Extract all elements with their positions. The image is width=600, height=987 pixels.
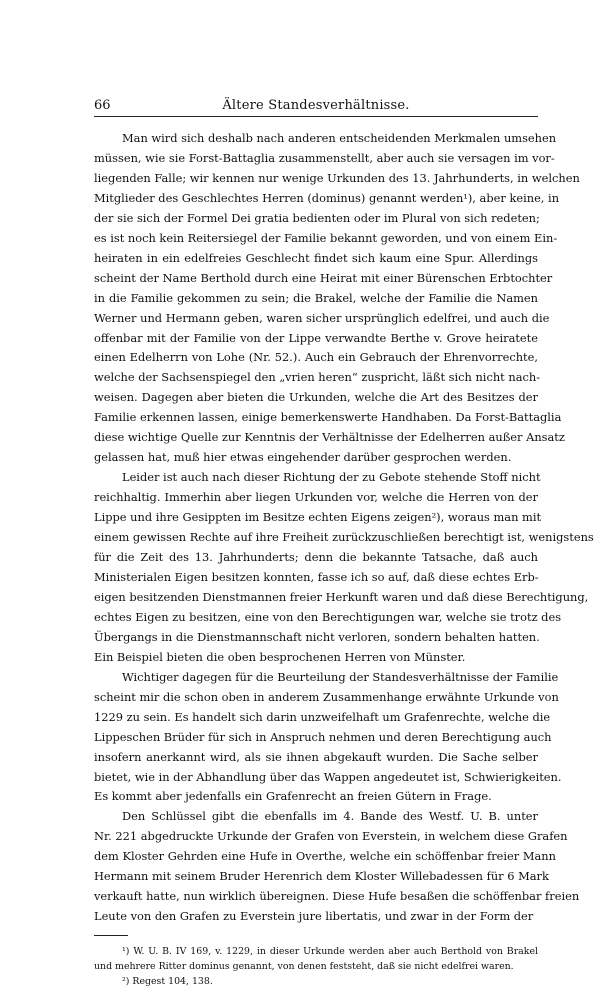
text-line: Nr. 221 abgedruckte Urkunde der Grafen v… <box>94 827 538 847</box>
text-line: welche der Sachsenspiegel den „vrien her… <box>94 368 538 388</box>
text-line: Es kommt aber jedenfalls ein Grafenrecht… <box>94 787 538 807</box>
text-line: Wichtiger dagegen für die Beurteilung de… <box>94 668 538 688</box>
text-line: Werner und Hermann geben, waren sicher u… <box>94 309 538 329</box>
text-line: dem Kloster Gehrden eine Hufe in Overthe… <box>94 847 538 867</box>
paragraph: Den Schlüssel gibt die ebenfalls im 4. B… <box>94 807 538 927</box>
text-line: weisen. Dagegen aber bieten die Urkunden… <box>94 388 538 408</box>
text-line: Leute von den Grafen zu Everstein jure l… <box>94 907 538 927</box>
text-line: der sie sich der Formel Dei gratia bedie… <box>94 209 538 229</box>
text-line: liegenden Falle; wir kennen nur wenige U… <box>94 169 538 189</box>
text-line: Leider ist auch nach dieser Richtung der… <box>94 468 538 488</box>
text-line: Hermann mit seinem Bruder Herenrich dem … <box>94 867 538 887</box>
paragraph: Wichtiger dagegen für die Beurteilung de… <box>94 668 538 808</box>
text-line: Lippeschen Brüder für sich in Anspruch n… <box>94 728 538 748</box>
text-line: scheint mir die schon oben in anderem Zu… <box>94 688 538 708</box>
text-line: in die Familie gekommen zu sein; die Bra… <box>94 289 538 309</box>
footnotes: ¹) W. U. B. IV 169, v. 1229, in dieser U… <box>94 944 538 987</box>
text-line: Ein Beispiel bieten die oben besprochene… <box>94 648 538 668</box>
text-line: Übergangs in die Dienstmannschaft nicht … <box>94 628 538 648</box>
text-line: müssen, wie sie Forst-Battaglia zusammen… <box>94 149 538 169</box>
text-line: Man wird sich deshalb nach anderen entsc… <box>94 129 538 149</box>
text-line: echtes Eigen zu besitzen, eine von den B… <box>94 608 538 628</box>
footnote-rule <box>94 935 128 936</box>
footnote: ²) Regest 104, 138. <box>94 974 538 987</box>
running-header: 66 Ältere Standesverhältnisse. <box>94 98 538 117</box>
body-text: Man wird sich deshalb nach anderen entsc… <box>94 129 538 927</box>
text-line: Familie erkennen lassen, einige bemerken… <box>94 408 538 428</box>
footnote-line: ¹) W. U. B. IV 169, v. 1229, in dieser U… <box>94 944 538 959</box>
text-line: für die Zeit des 13. Jahrhunderts; denn … <box>94 548 538 568</box>
text-line: eigen besitzenden Dienstmannen freier He… <box>94 588 538 608</box>
text-line: Den Schlüssel gibt die ebenfalls im 4. B… <box>94 807 538 827</box>
text-line: bietet, wie in der Abhandlung über das W… <box>94 768 538 788</box>
text-line: verkauft hatte, nun wirklich übereignen.… <box>94 887 538 907</box>
text-line: scheint der Name Berthold durch eine Hei… <box>94 269 538 289</box>
text-line: einen Edelherrn von Lohe (Nr. 52.). Auch… <box>94 348 538 368</box>
paragraph: Man wird sich deshalb nach anderen entsc… <box>94 129 538 468</box>
footnote: ¹) W. U. B. IV 169, v. 1229, in dieser U… <box>94 944 538 974</box>
text-line: gelassen hat, muß hier etwas eingehender… <box>94 448 538 468</box>
footnote-line: ²) Regest 104, 138. <box>94 974 538 987</box>
text-line: Mitglieder des Geschlechtes Herren (domi… <box>94 189 538 209</box>
text-line: offenbar mit der Familie von der Lippe v… <box>94 329 538 349</box>
text-line: diese wichtige Quelle zur Kenntnis der V… <box>94 428 538 448</box>
footnote-line: und mehrere Ritter dominus genannt, von … <box>94 959 538 974</box>
text-line: insofern anerkannt wird, als sie ihnen a… <box>94 748 538 768</box>
text-line: reichhaltig. Immerhin aber liegen Urkund… <box>94 488 538 508</box>
text-line: Lippe und ihre Gesippten im Besitze echt… <box>94 508 538 528</box>
book-page: 66 Ältere Standesverhältnisse. Man wird … <box>94 98 538 987</box>
text-line: es ist noch kein Reitersiegel der Famili… <box>94 229 538 249</box>
text-line: Ministerialen Eigen besitzen konnten, fa… <box>94 568 538 588</box>
text-line: 1229 zu sein. Es handelt sich darin unzw… <box>94 708 538 728</box>
running-title: Ältere Standesverhältnisse. <box>94 98 538 113</box>
paragraph: Leider ist auch nach dieser Richtung der… <box>94 468 538 668</box>
text-line: einem gewissen Rechte auf ihre Freiheit … <box>94 528 538 548</box>
text-line: heiraten in ein edelfreies Geschlecht fi… <box>94 249 538 269</box>
